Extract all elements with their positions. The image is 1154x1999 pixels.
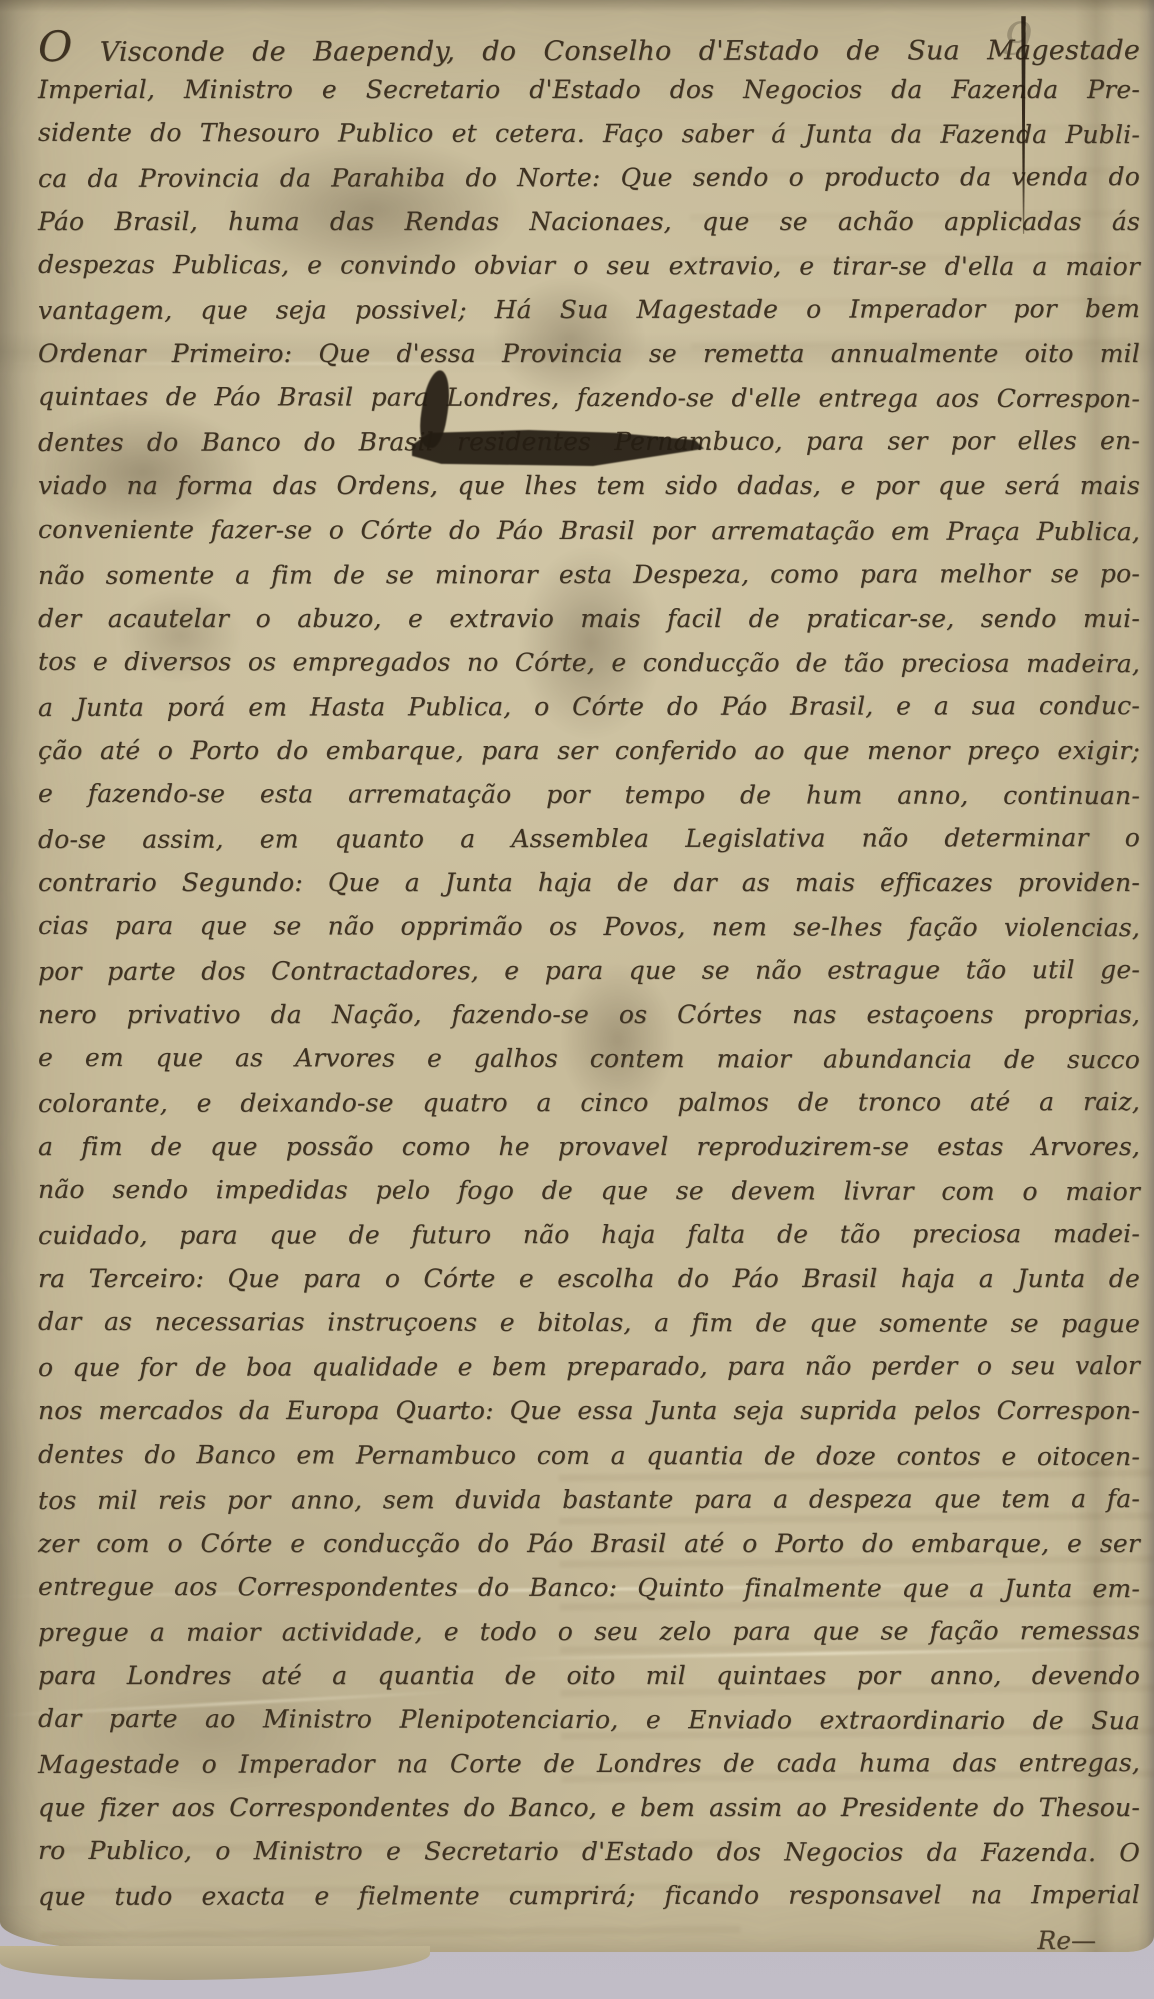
manuscript-line: que tudo exacta e fielmente cumprirá; fi… (38, 1873, 1140, 1919)
manuscript-line: Magestade o Imperador na Corte de Londre… (38, 1741, 1140, 1787)
manuscript-line: cias para que se não opprimão os Povos, … (38, 904, 1140, 950)
manuscript-line: despezas Publicas, e convindo obviar o s… (38, 243, 1140, 289)
manuscript-line: o que for de boa qualidade e bem prepara… (38, 1344, 1140, 1390)
manuscript-line: der acautelar o abuzo, e extravio mais f… (38, 597, 1140, 641)
manuscript-line: por parte dos Contractadores, e para que… (38, 948, 1140, 994)
manuscript-line: que fizer aos Correspondentes do Banco, … (38, 1786, 1140, 1830)
manuscript-line: sidente do Thesouro Publico et cetera. F… (38, 111, 1140, 157)
manuscript-line: ro Publico, o Ministro e Secretario d'Es… (38, 1829, 1140, 1875)
manuscript-line: dar parte ao Ministro Plenipotenciario, … (38, 1697, 1140, 1743)
manuscript-line: para Londres até a quantia de oito mil q… (38, 1654, 1140, 1698)
manuscript-line: conveniente fazer-se o Córte do Páo Bras… (38, 507, 1140, 553)
manuscript-line: entregue aos Correspondentes do Banco: Q… (38, 1564, 1140, 1610)
manuscript-line: ção até o Porto do embarque, para ser co… (38, 729, 1140, 773)
manuscript-line: ra Terceiro: Que para o Córte e escolha … (38, 1257, 1140, 1301)
manuscript-line: a fim de que possão como he provavel rep… (38, 1125, 1140, 1169)
manuscript-line: não sendo impedidas pelo fogo de que se … (38, 1168, 1140, 1214)
manuscript-line: e fazendo-se esta arrematação por tempo … (38, 772, 1140, 818)
manuscript-line: cuidado, para que de futuro não haja fal… (38, 1212, 1140, 1258)
manuscript-line: do-se assim, em quanto a Assemblea Legis… (38, 816, 1140, 862)
scanned-manuscript-page: 9 O Visconde de Baependy, do Conselho d'… (0, 0, 1154, 1999)
manuscript-line: dentes do Banco em Pernambuco com a quan… (38, 1432, 1140, 1478)
manuscript-line: nos mercados da Europa Quarto: Que essa … (38, 1389, 1140, 1433)
manuscript-line: vantagem, que seja possivel; Há Sua Mage… (38, 287, 1140, 333)
manuscript-line: e em que as Arvores e galhos contem maio… (38, 1036, 1140, 1082)
manuscript-line: ca da Provincia da Parahiba do Norte: Qu… (38, 155, 1140, 201)
manuscript-line: tos mil reis por anno, sem duvida bastan… (38, 1477, 1140, 1523)
manuscript-line: Páo Brasil, huma das Rendas Nacionaes, q… (38, 200, 1140, 244)
manuscript-line: contrario Segundo: Que a Junta haja de d… (38, 861, 1140, 905)
manuscript-line: pregue a maior actividade, e todo o seu … (38, 1609, 1140, 1655)
manuscript-line: nero privativo da Nação, fazendo-se os C… (38, 993, 1140, 1037)
manuscript-line: a Junta porá em Hasta Publica, o Córte d… (38, 684, 1140, 730)
manuscript-line: dar as necessarias instruçoens e bitolas… (38, 1300, 1140, 1346)
manuscript-line: não somente a fim de se minorar esta Des… (38, 552, 1140, 598)
manuscript-line: O Visconde de Baependy, do Conselho d'Es… (38, 23, 1140, 69)
catchword: Re— (1037, 1926, 1096, 1956)
ink-blot (412, 370, 712, 472)
manuscript-line: Imperial, Ministro e Secretario d'Estado… (38, 68, 1140, 112)
manuscript-line: zer com o Córte e conducção do Páo Brasi… (38, 1522, 1140, 1566)
manuscript-line: tos e diversos os empregados no Córte, e… (38, 640, 1140, 686)
manuscript-text-block: O Visconde de Baependy, do Conselho d'Es… (38, 24, 1140, 1918)
manuscript-line: colorante, e deixando-se quatro a cinco … (38, 1080, 1140, 1126)
